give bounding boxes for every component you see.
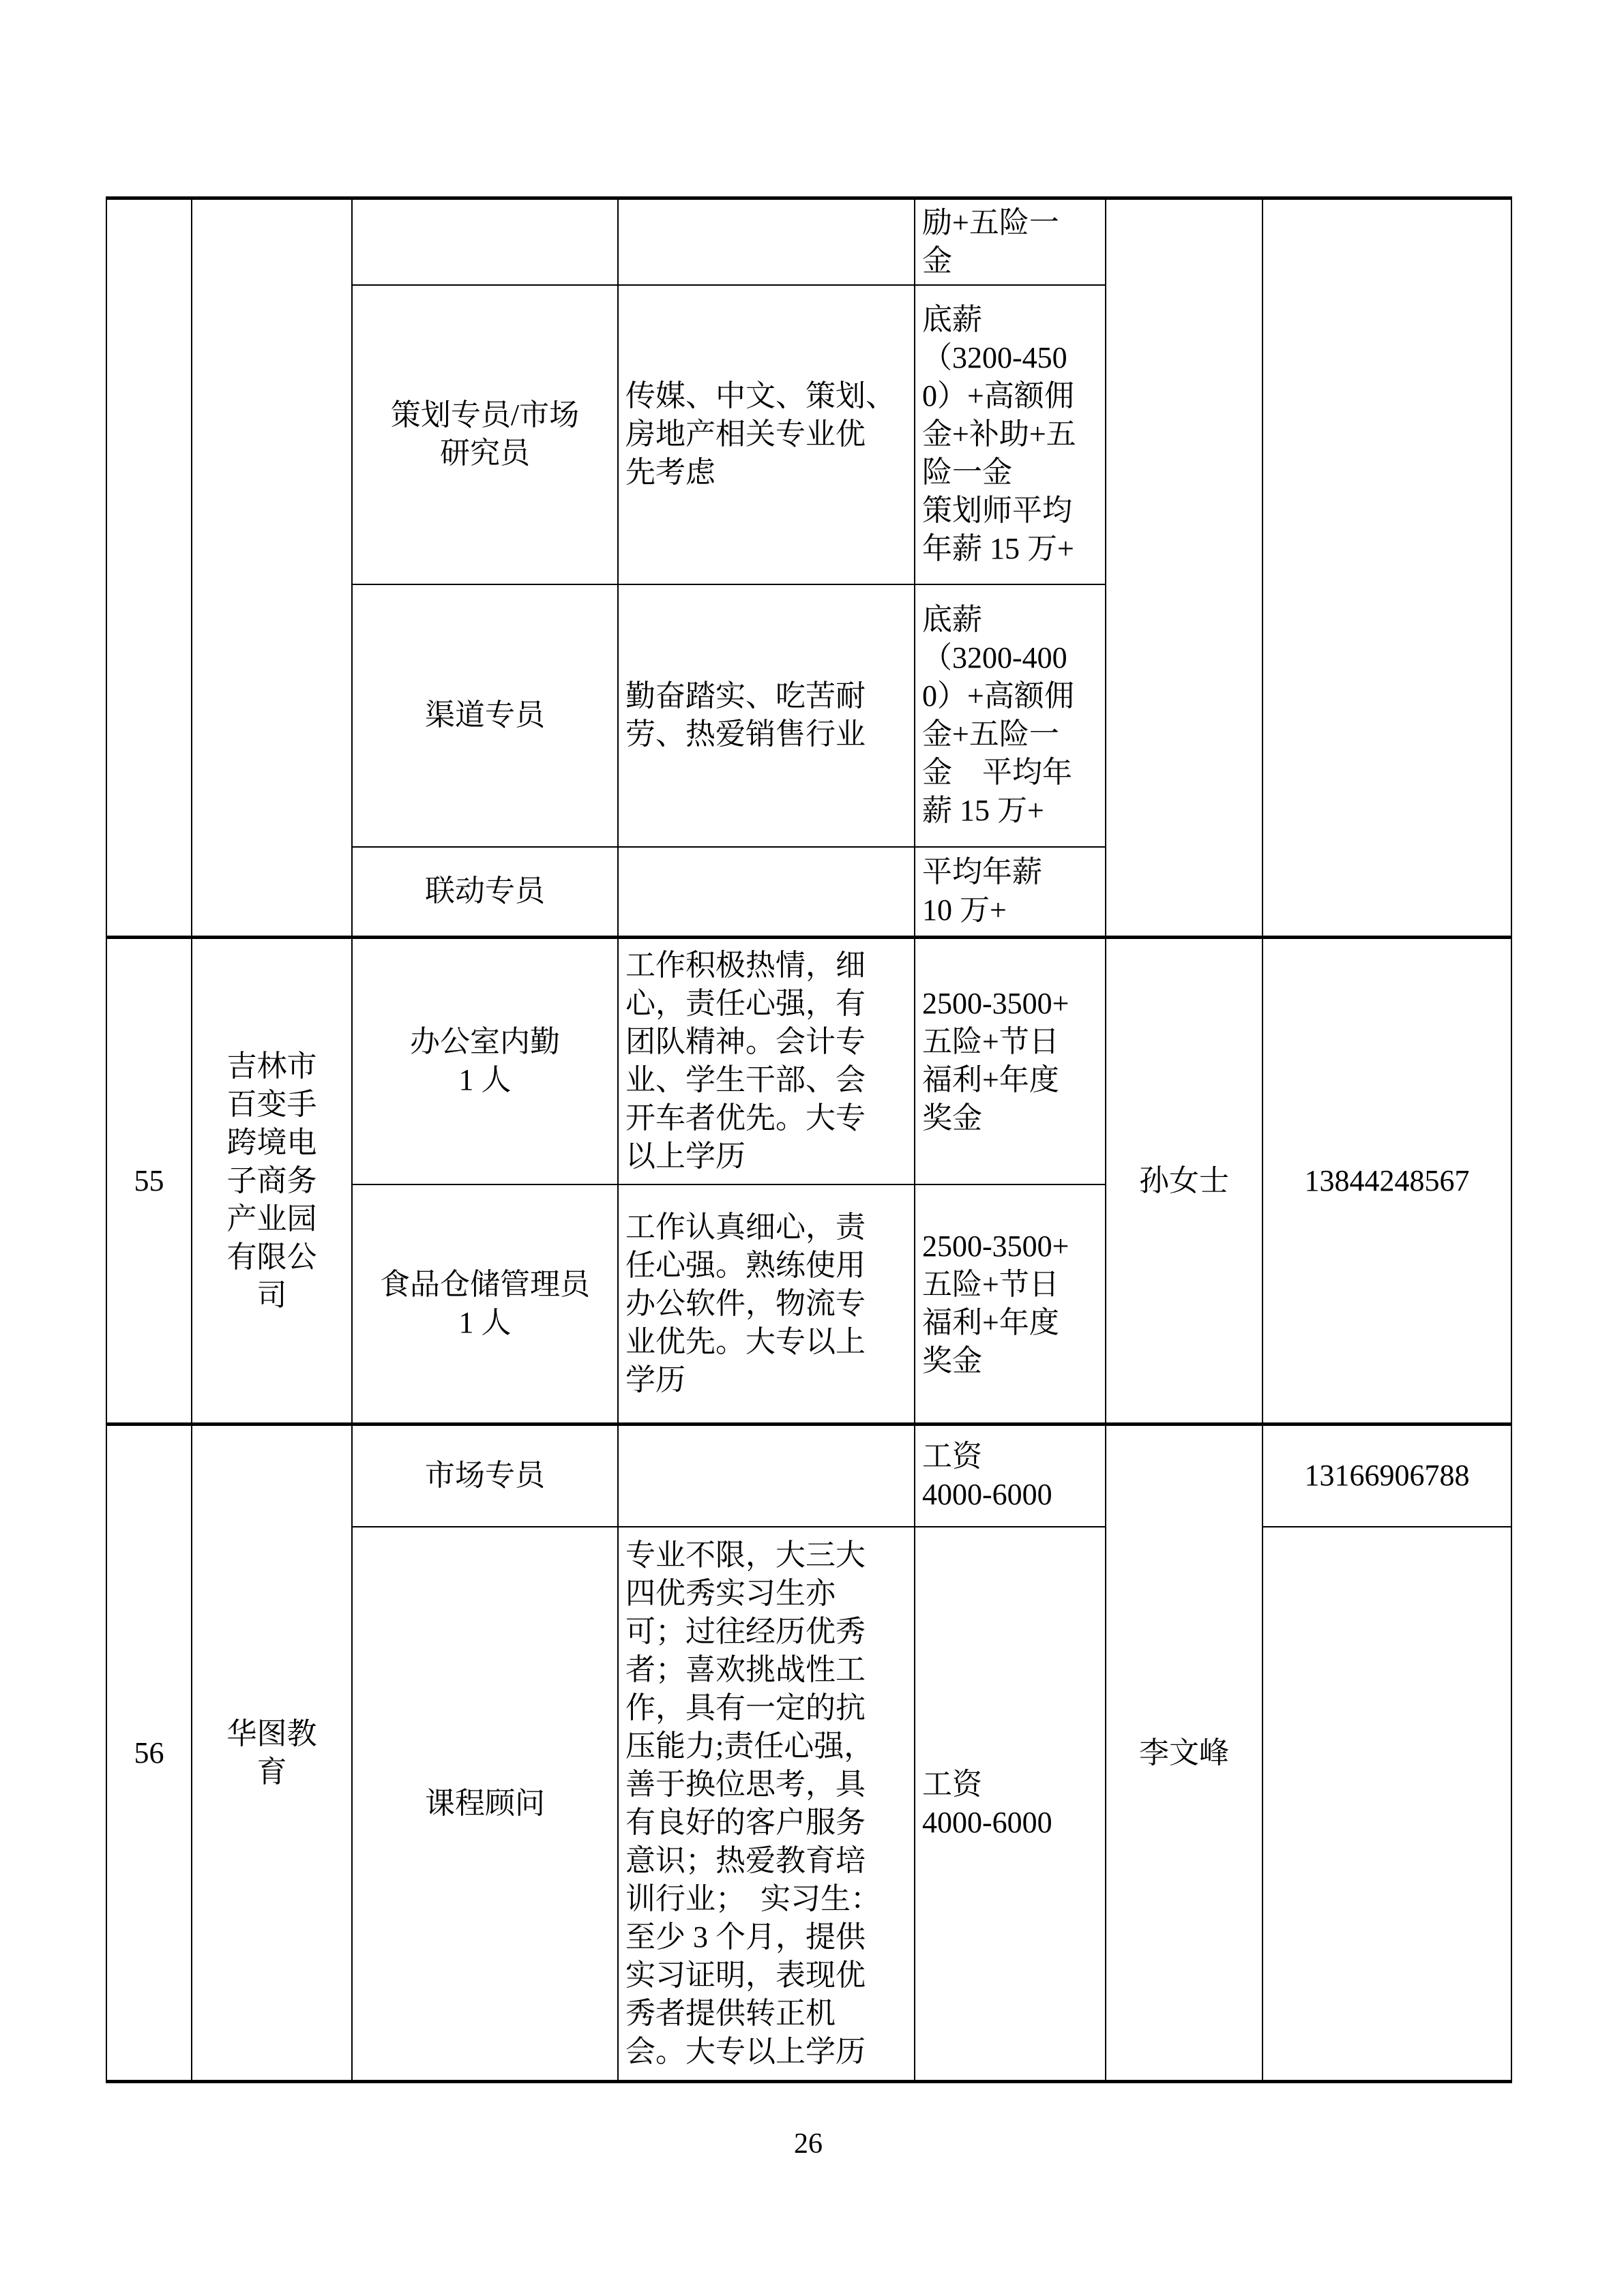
cell-requirements: 工作积极热情，细 心，责任心强，有 团队精神。会计专 业、学生干部、会 开车者优…	[618, 938, 915, 1184]
cell-salary: 底薪 （3200-400 0）+高额佣 金+五险一 金 平均年 薪 15 万+	[915, 584, 1106, 847]
cell-position: 食品仓储管理员 1 人	[352, 1184, 618, 1425]
cell-requirements: 工作认真细心，责 任心强。熟练使用 办公软件，物流专 业优先。大专以上 学历	[618, 1184, 915, 1425]
cell-company	[192, 198, 352, 938]
cell-phone: 13166906788	[1263, 1425, 1511, 1527]
jobs-table: 励+五险一 金 策划专员/市场 研究员 传媒、中文、策划、 房地产相关专业优 先…	[106, 196, 1512, 2083]
cell-salary: 2500-3500+ 五险+节日 福利+年度 奖金	[915, 938, 1106, 1184]
cell-salary: 工资 4000-6000	[915, 1527, 1106, 2082]
cell-requirements	[618, 198, 915, 285]
cell-salary: 励+五险一 金	[915, 198, 1106, 285]
cell-number: 56	[106, 1425, 192, 2082]
cell-contact	[1106, 198, 1263, 938]
page-number: 26	[106, 2126, 1511, 2162]
table-row: 56 华图教 育 市场专员 工资 4000-6000 李文峰 131669067…	[106, 1425, 1511, 1527]
cell-number: 55	[106, 938, 192, 1425]
cell-contact: 李文峰	[1106, 1425, 1263, 2082]
cell-position: 市场专员	[352, 1425, 618, 1527]
cell-position: 策划专员/市场 研究员	[352, 285, 618, 584]
cell-requirements: 勤奋踏实、吃苦耐 劳、热爱销售行业	[618, 584, 915, 847]
cell-company: 吉林市 百变手 跨境电 子商务 产业园 有限公 司	[192, 938, 352, 1425]
cell-position: 办公室内勤 1 人	[352, 938, 618, 1184]
cell-contact: 孙女士	[1106, 938, 1263, 1425]
cell-phone	[1263, 1527, 1511, 2082]
table-row: 励+五险一 金	[106, 198, 1511, 285]
cell-salary: 平均年薪 10 万+	[915, 847, 1106, 938]
cell-position: 课程顾问	[352, 1527, 618, 2082]
cell-requirements	[618, 1425, 915, 1527]
cell-position	[352, 198, 618, 285]
cell-requirements	[618, 847, 915, 938]
cell-salary: 工资 4000-6000	[915, 1425, 1106, 1527]
cell-requirements: 传媒、中文、策划、 房地产相关专业优 先考虑	[618, 285, 915, 584]
cell-salary: 2500-3500+ 五险+节日 福利+年度 奖金	[915, 1184, 1106, 1425]
cell-position: 渠道专员	[352, 584, 618, 847]
cell-requirements: 专业不限，大三大 四优秀实习生亦 可；过往经历优秀 者；喜欢挑战性工 作，具有一…	[618, 1527, 915, 2082]
cell-phone	[1263, 198, 1511, 938]
cell-number	[106, 198, 192, 938]
cell-phone: 13844248567	[1263, 938, 1511, 1425]
cell-company: 华图教 育	[192, 1425, 352, 2082]
cell-position: 联动专员	[352, 847, 618, 938]
table-row: 55 吉林市 百变手 跨境电 子商务 产业园 有限公 司 办公室内勤 1 人 工…	[106, 938, 1511, 1184]
cell-salary: 底薪 （3200-450 0）+高额佣 金+补助+五 险一金 策划师平均 年薪 …	[915, 285, 1106, 584]
